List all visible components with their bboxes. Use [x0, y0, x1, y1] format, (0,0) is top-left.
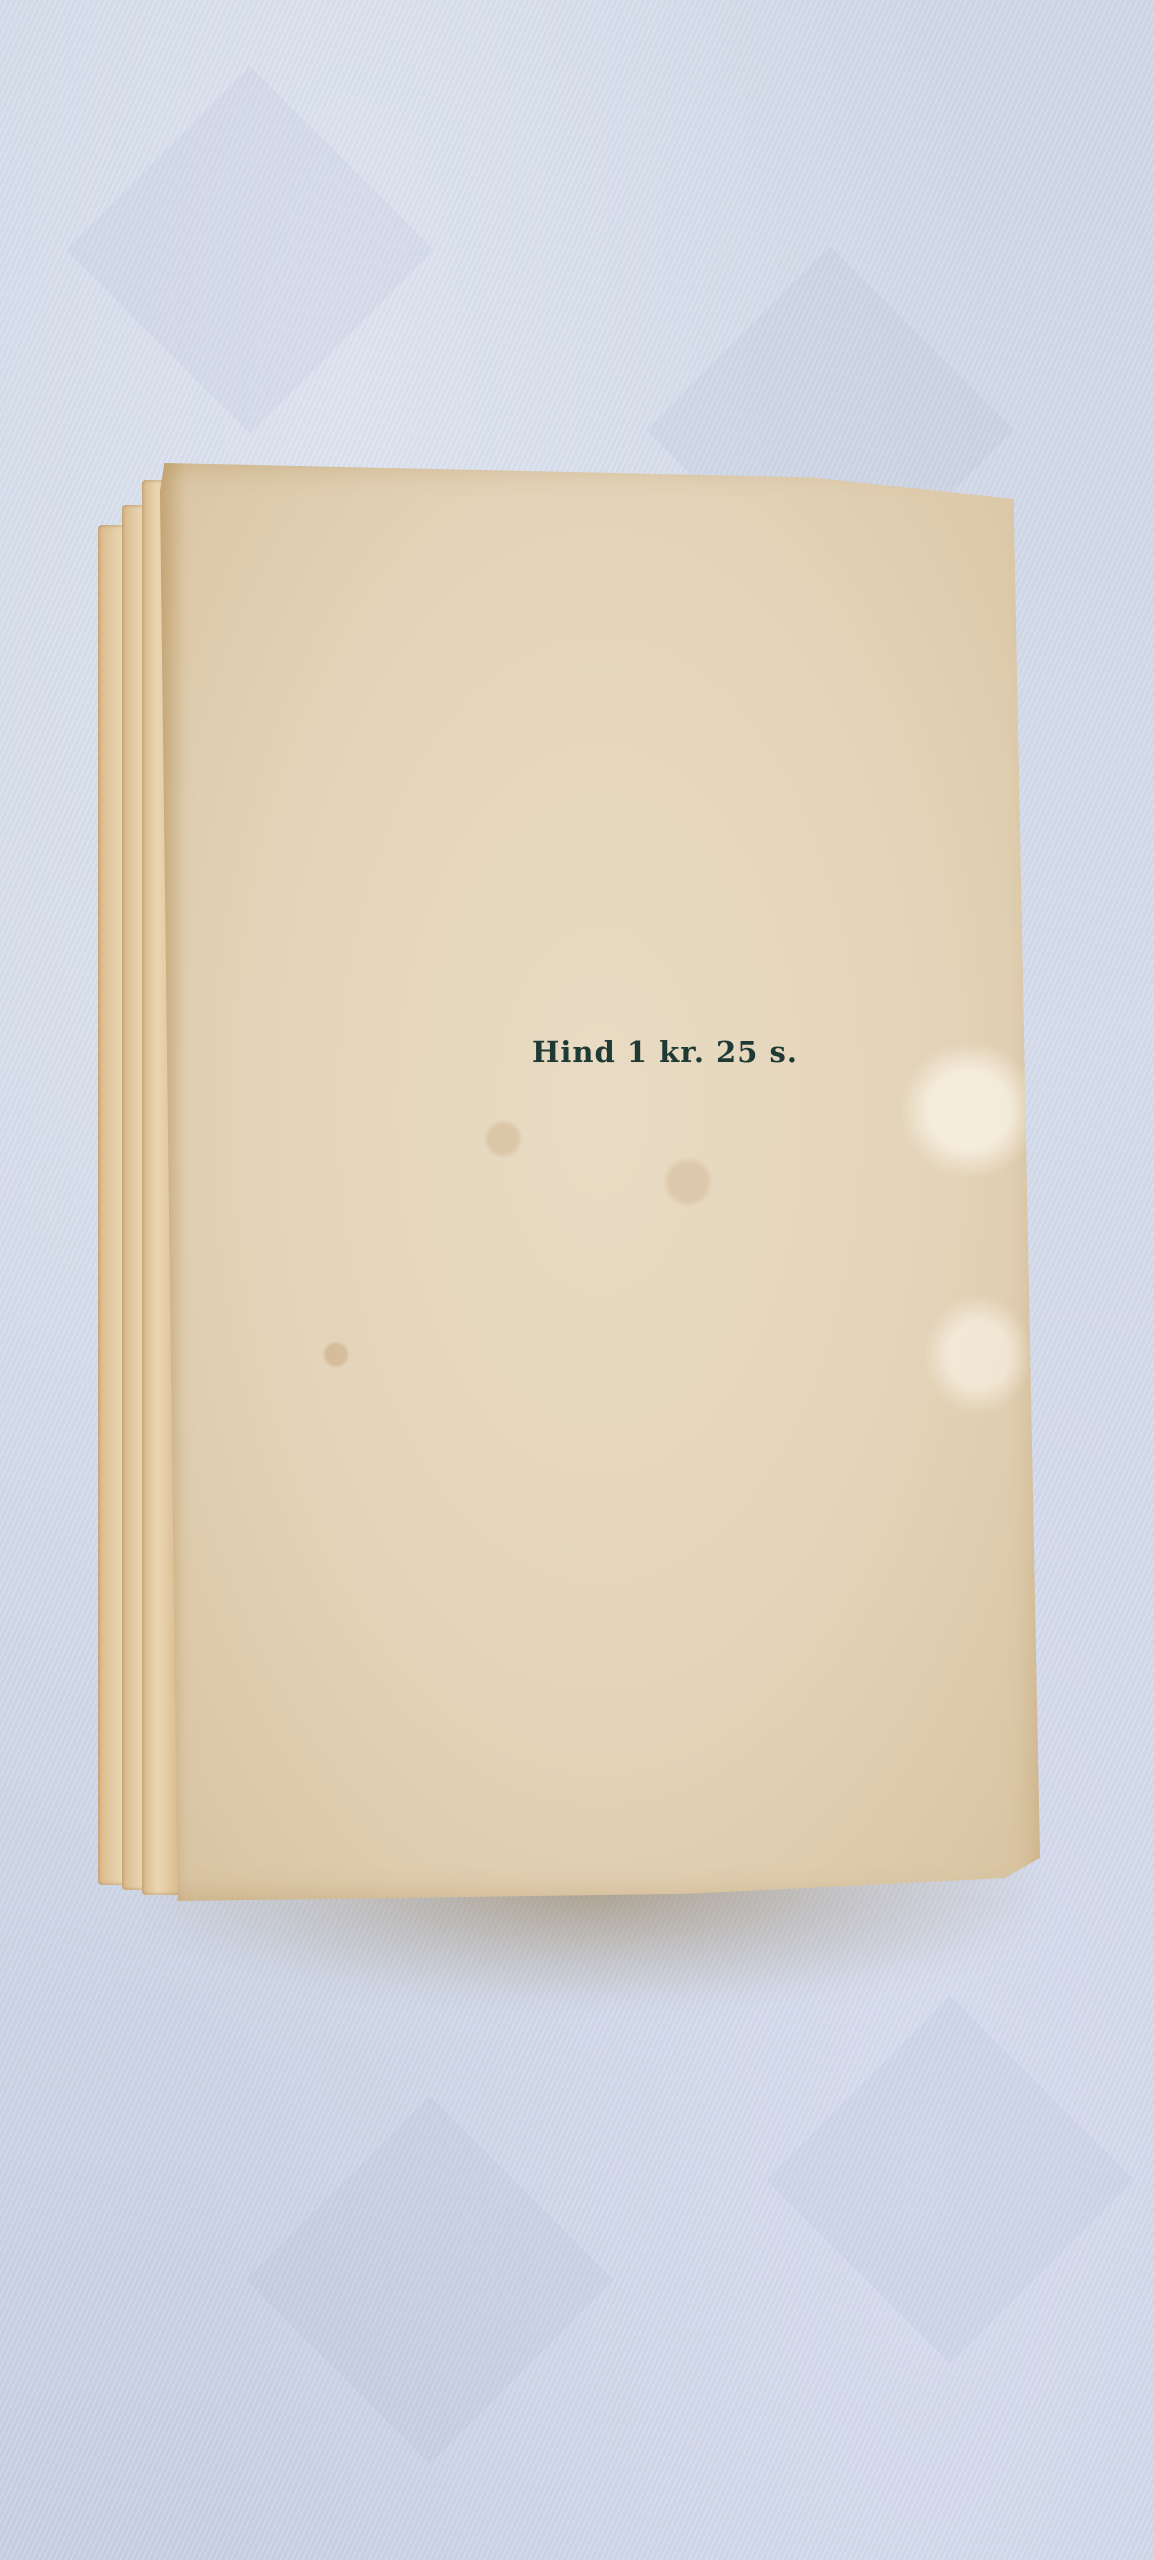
back-cover [160, 463, 1040, 1901]
price-label: Hind 1 kr. 25 s. [532, 1035, 772, 1069]
